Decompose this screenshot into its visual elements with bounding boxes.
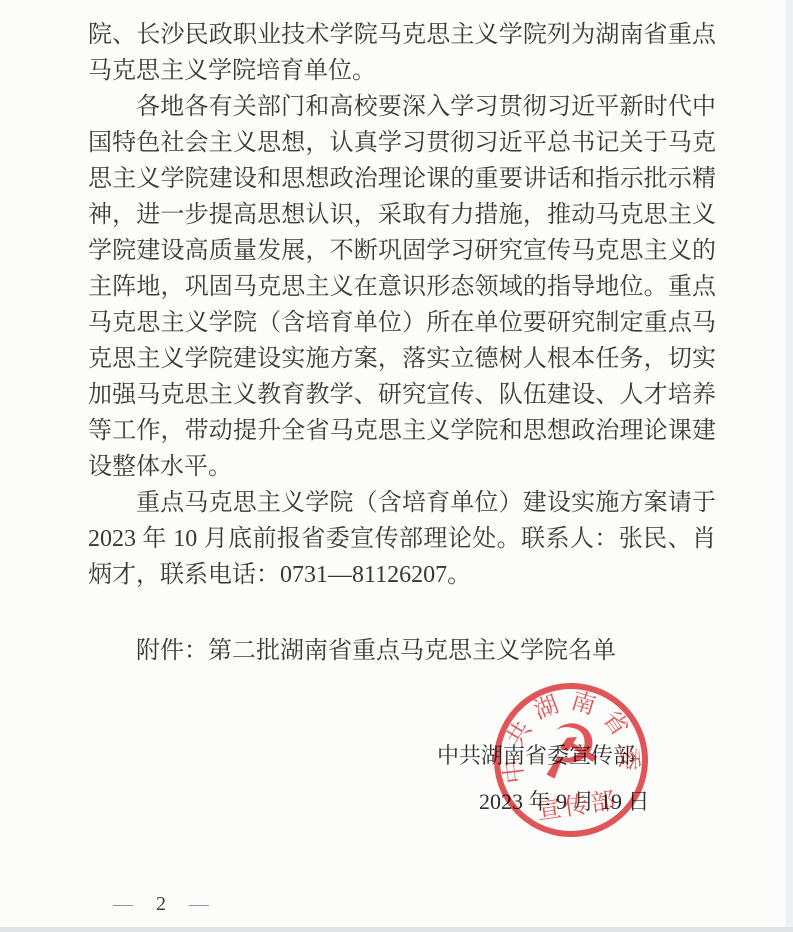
paragraph-deadline-contact: 重点马克思主义学院（含培育单位）建设实施方案请于2023 年 10 月底前报省委… [88, 485, 716, 593]
document-body: 院、长沙民政职业技术学院马克思主义学院列为湖南省重点马克思主义学院培育单位。 各… [88, 17, 716, 593]
official-red-seal: 中共湖南省委 ☭ 宣传部 [475, 664, 667, 856]
footer-page-number: 2 [154, 893, 176, 915]
scan-edge-bottom [0, 927, 793, 932]
attachment-line: 附件：第二批湖南省重点马克思主义学院名单 [88, 633, 716, 669]
hammer-sickle-icon: ☭ [532, 705, 608, 797]
footer-left-dash: — [113, 893, 141, 915]
page-number-footer: — 2 — [113, 893, 217, 916]
paragraph-continuation: 院、长沙民政职业技术学院马克思主义学院列为湖南省重点马克思主义学院培育单位。 [88, 17, 716, 89]
paragraph-requirements: 各地各有关部门和高校要深入学习贯彻习近平新时代中国特色社会主义思想，认真学习贯彻… [88, 89, 716, 485]
footer-right-dash: — [189, 893, 217, 915]
scanned-document-page: 院、长沙民政职业技术学院马克思主义学院列为湖南省重点马克思主义学院培育单位。 各… [0, 0, 793, 932]
scan-edge-right [786, 0, 793, 932]
